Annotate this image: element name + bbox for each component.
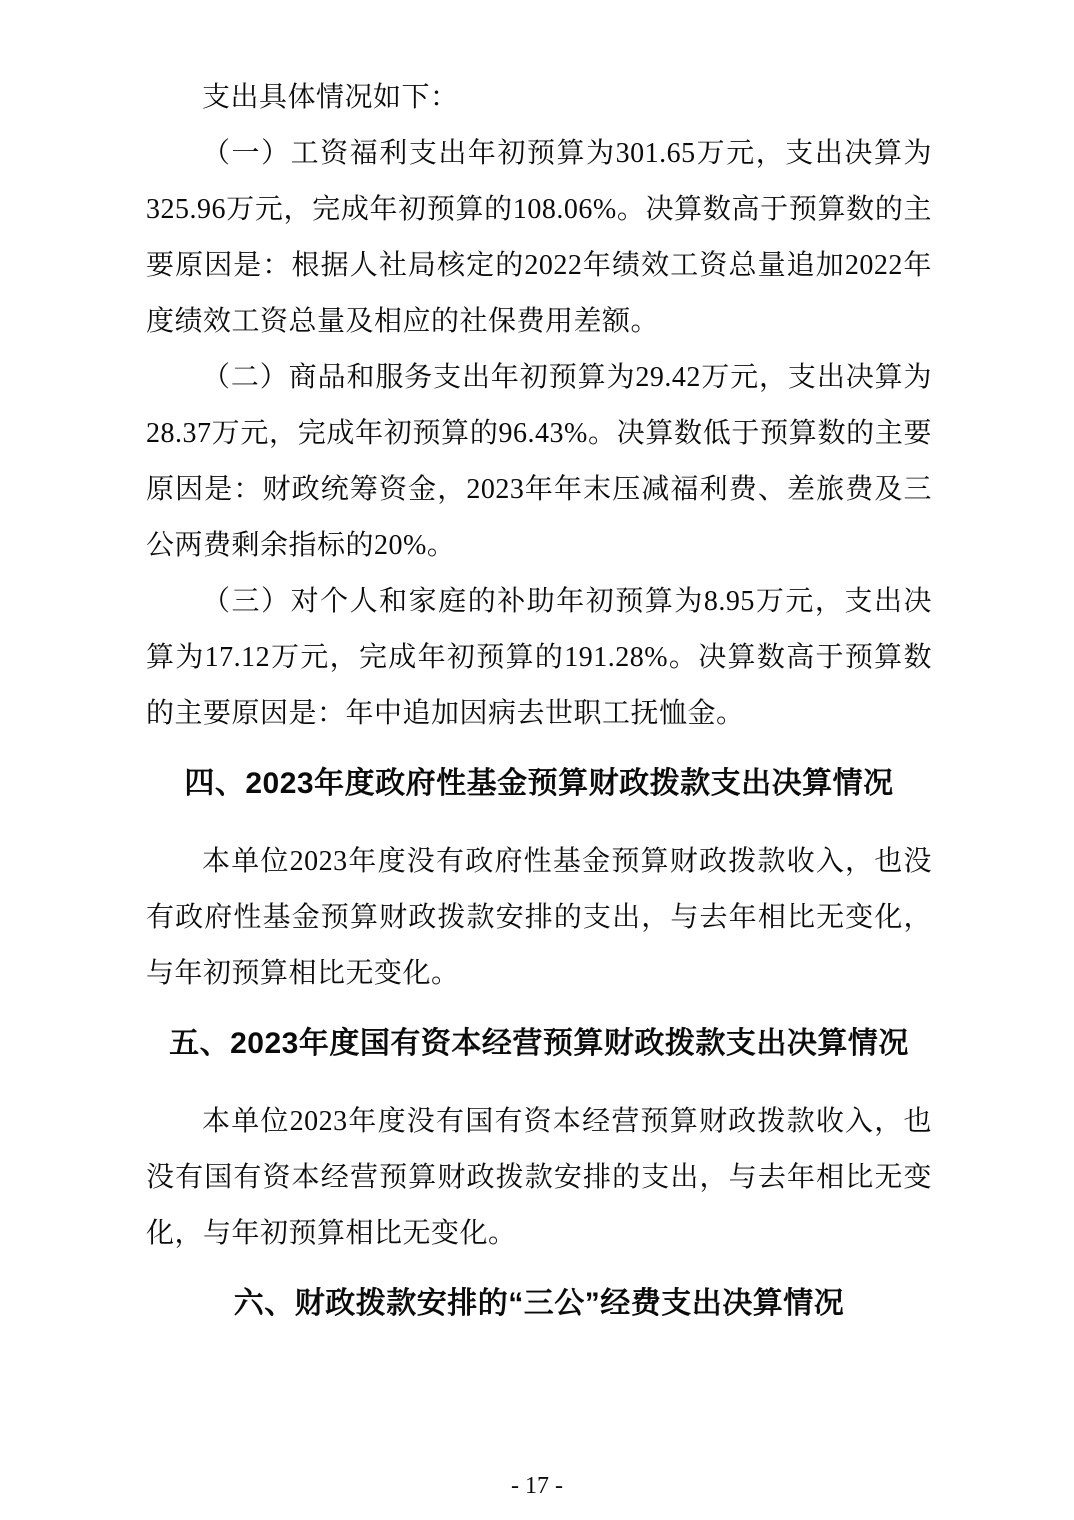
expense-item-wages: （一）工资福利支出年初预算为301.65万元，支出决算为325.96万元，完成年… — [146, 126, 932, 350]
intro-paragraph: 支出具体情况如下： — [146, 70, 932, 126]
section-body-state-capital-budget: 本单位2023年度没有国有资本经营预算财政拨款收入，也没有国有资本经营预算财政拨… — [146, 1094, 932, 1262]
document-page: 支出具体情况如下： （一）工资福利支出年初预算为301.65万元，支出决算为32… — [0, 0, 1074, 1520]
section-heading-government-fund-budget: 四、2023年度政府性基金预算财政拨款支出决算情况 — [146, 762, 932, 806]
section-body-government-fund-budget: 本单位2023年度没有政府性基金预算财政拨款收入，也没有政府性基金预算财政拨款安… — [146, 834, 932, 1002]
section-heading-state-capital-budget: 五、2023年度国有资本经营预算财政拨款支出决算情况 — [146, 1022, 932, 1066]
page-number: - 17 - — [0, 1473, 1074, 1500]
expense-item-individual-family-subsidy: （三）对个人和家庭的补助年初预算为8.95万元，支出决算为17.12万元，完成年… — [146, 574, 932, 742]
page-content: 支出具体情况如下： （一）工资福利支出年初预算为301.65万元，支出决算为32… — [146, 70, 932, 1354]
section-heading-three-public-expenses: 六、财政拨款安排的“三公”经费支出决算情况 — [146, 1282, 932, 1326]
expense-item-goods-services: （二）商品和服务支出年初预算为29.42万元，支出决算为28.37万元，完成年初… — [146, 350, 932, 574]
